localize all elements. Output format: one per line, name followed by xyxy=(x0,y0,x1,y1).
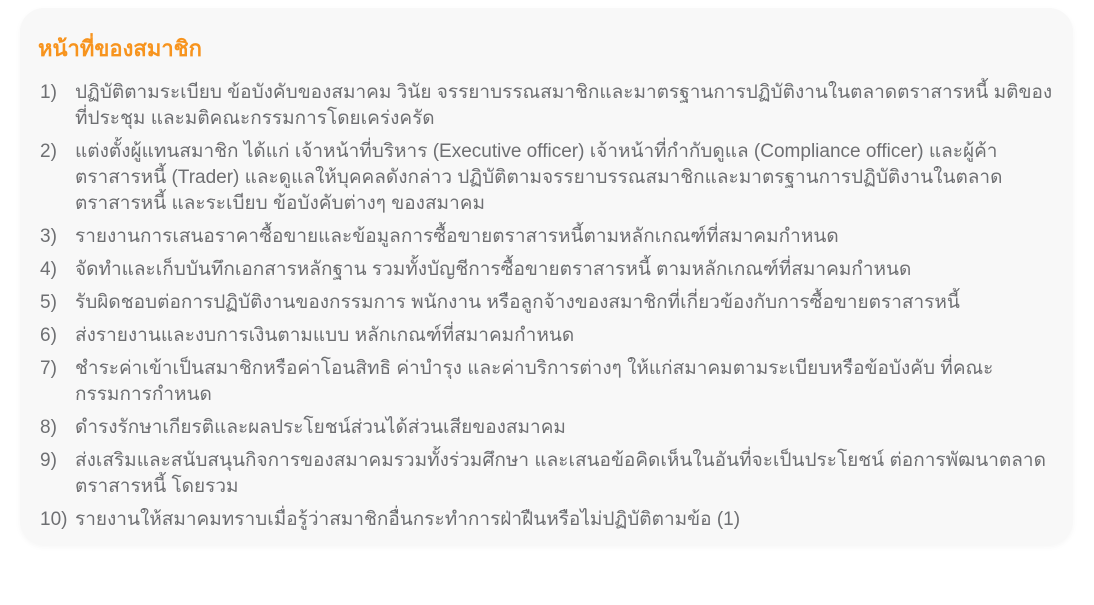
list-item-text: รับผิดชอบต่อการปฏิบัติงานของกรรมการ พนัก… xyxy=(75,290,1059,316)
list-item-text: จัดทำและเก็บบันทึกเอกสารหลักฐาน รวมทั้งบ… xyxy=(75,257,1059,283)
page: หน้าที่ของสมาชิก 1) ปฏิบัติตามระเบียบ ข้… xyxy=(0,0,1094,605)
list-item-number: 8) xyxy=(38,415,75,441)
list-item-number: 4) xyxy=(38,257,75,283)
list-item: 3) รายงานการเสนอราคาซื้อขายและข้อมูลการซ… xyxy=(38,224,1059,250)
list-item-number: 10) xyxy=(38,507,75,533)
list-item-text: ส่งเสริมและสนับสนุนกิจการของสมาคมรวมทั้ง… xyxy=(75,448,1059,500)
list-item-text: ปฏิบัติตามระเบียบ ข้อบังคับของสมาคม วินั… xyxy=(75,80,1059,132)
list-item-number: 9) xyxy=(38,448,75,474)
list-item: 1) ปฏิบัติตามระเบียบ ข้อบังคับของสมาคม ว… xyxy=(38,80,1059,132)
list-item-text: ดำรงรักษาเกียรติและผลประโยชน์ส่วนได้ส่วน… xyxy=(75,415,1059,441)
list-item-text: แต่งตั้งผู้แทนสมาชิก ได้แก่ เจ้าหน้าที่บ… xyxy=(75,139,1059,217)
list-item-number: 1) xyxy=(38,80,75,106)
list-item-number: 6) xyxy=(38,323,75,349)
list-item-number: 5) xyxy=(38,290,75,316)
list-item: 2) แต่งตั้งผู้แทนสมาชิก ได้แก่ เจ้าหน้าท… xyxy=(38,139,1059,217)
list-item-number: 7) xyxy=(38,356,75,382)
list-item: 4) จัดทำและเก็บบันทึกเอกสารหลักฐาน รวมทั… xyxy=(38,257,1059,283)
list-item-text: รายงานให้สมาคมทราบเมื่อรู้ว่าสมาชิกอื่นก… xyxy=(75,507,1059,533)
list-item: 6) ส่งรายงานและงบการเงินตามแบบ หลักเกณฑ์… xyxy=(38,323,1059,349)
list-item: 10) รายงานให้สมาคมทราบเมื่อรู้ว่าสมาชิกอ… xyxy=(38,507,1059,533)
list-item-text: รายงานการเสนอราคาซื้อขายและข้อมูลการซื้อ… xyxy=(75,224,1059,250)
list-item: 5) รับผิดชอบต่อการปฏิบัติงานของกรรมการ พ… xyxy=(38,290,1059,316)
page-title: หน้าที่ของสมาชิก xyxy=(38,34,1059,64)
duty-list: 1) ปฏิบัติตามระเบียบ ข้อบังคับของสมาคม ว… xyxy=(38,80,1059,533)
list-item: 9) ส่งเสริมและสนับสนุนกิจการของสมาคมรวมท… xyxy=(38,448,1059,500)
list-item-text: ชำระค่าเข้าเป็นสมาชิกหรือค่าโอนสิทธิ ค่า… xyxy=(75,356,1059,408)
list-item-number: 2) xyxy=(38,139,75,165)
list-item: 7) ชำระค่าเข้าเป็นสมาชิกหรือค่าโอนสิทธิ … xyxy=(38,356,1059,408)
list-item-text: ส่งรายงานและงบการเงินตามแบบ หลักเกณฑ์ที่… xyxy=(75,323,1059,349)
list-item-number: 3) xyxy=(38,224,75,250)
member-duties-card: หน้าที่ของสมาชิก 1) ปฏิบัติตามระเบียบ ข้… xyxy=(20,8,1073,545)
list-item: 8) ดำรงรักษาเกียรติและผลประโยชน์ส่วนได้ส… xyxy=(38,415,1059,441)
